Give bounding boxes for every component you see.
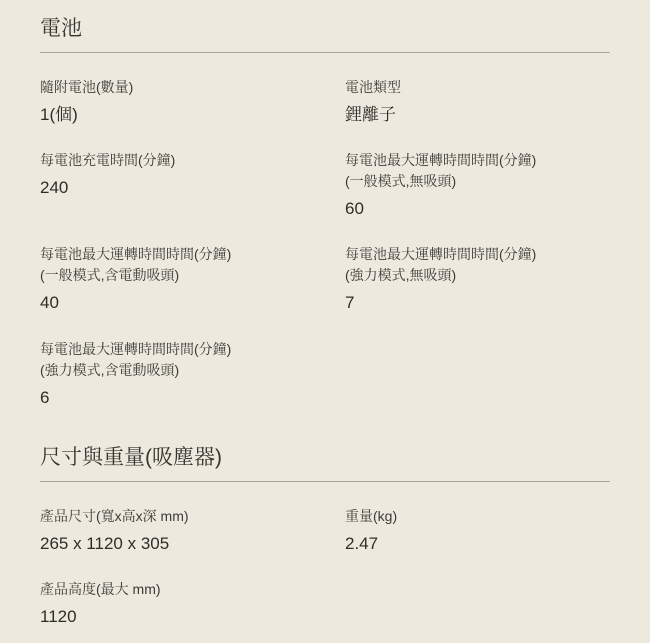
spec-item-product-dimensions: 產品尺寸(寬x高x深 mm) 265 x 1120 x 305: [40, 506, 345, 555]
spec-value: 1(個): [40, 104, 345, 126]
section-divider: [40, 481, 610, 482]
spec-label: 每電池充電時間(分鐘): [40, 150, 345, 171]
spec-label: 產品高度(最大 mm): [40, 579, 345, 600]
spec-label: 產品尺寸(寬x高x深 mm): [40, 506, 345, 527]
spec-value: 240: [40, 177, 345, 199]
spec-item-runtime-power-no-nozzle: 每電池最大運轉時間時間(分鐘) (強力模式,無吸頭) 7: [345, 244, 610, 314]
spec-item-batteries-included: 隨附電池(數量) 1(個): [40, 77, 345, 126]
product-spec-page: 電池 隨附電池(數量) 1(個) 電池類型 鋰離子 每電池充電時間(分鐘) 24…: [0, 0, 650, 628]
spec-value: 6: [40, 387, 345, 409]
spec-item-battery-type: 電池類型 鋰離子: [345, 77, 610, 126]
spec-item-runtime-normal-no-nozzle: 每電池最大運轉時間時間(分鐘) (一般模式,無吸頭) 60: [345, 150, 610, 220]
battery-spec-grid: 隨附電池(數量) 1(個) 電池類型 鋰離子 每電池充電時間(分鐘) 240 每…: [40, 77, 610, 408]
spec-label: 重量(kg): [345, 506, 610, 527]
spec-label: 每電池最大運轉時間時間(分鐘) (強力模式,無吸頭): [345, 244, 610, 286]
spec-value: 265 x 1120 x 305: [40, 533, 345, 555]
section-dimensions-weight: 尺寸與重量(吸塵器) 產品尺寸(寬x高x深 mm) 265 x 1120 x 3…: [40, 445, 610, 628]
spec-value: 40: [40, 292, 345, 314]
spec-value: 1120: [40, 606, 345, 628]
spec-value: 鋰離子: [345, 104, 610, 126]
spec-value: 7: [345, 292, 610, 314]
section-title-dimensions: 尺寸與重量(吸塵器): [40, 445, 610, 481]
section-divider: [40, 52, 610, 53]
spec-item-weight: 重量(kg) 2.47: [345, 506, 610, 555]
spec-item-charge-time: 每電池充電時間(分鐘) 240: [40, 150, 345, 199]
spec-item-runtime-power-motor-nozzle: 每電池最大運轉時間時間(分鐘) (強力模式,含電動吸頭) 6: [40, 339, 345, 409]
spec-label: 每電池最大運轉時間時間(分鐘) (強力模式,含電動吸頭): [40, 339, 345, 381]
spec-value: 60: [345, 198, 610, 220]
spec-label: 每電池最大運轉時間時間(分鐘) (一般模式,無吸頭): [345, 150, 610, 192]
spec-item-product-height: 產品高度(最大 mm) 1120: [40, 579, 345, 628]
spec-label: 每電池最大運轉時間時間(分鐘) (一般模式,含電動吸頭): [40, 244, 345, 286]
section-battery: 電池 隨附電池(數量) 1(個) 電池類型 鋰離子 每電池充電時間(分鐘) 24…: [40, 16, 610, 409]
spec-value: 2.47: [345, 533, 610, 555]
spec-label: 隨附電池(數量): [40, 77, 345, 98]
spec-item-runtime-normal-motor-nozzle: 每電池最大運轉時間時間(分鐘) (一般模式,含電動吸頭) 40: [40, 244, 345, 314]
section-title-battery: 電池: [40, 16, 610, 52]
dimensions-spec-grid: 產品尺寸(寬x高x深 mm) 265 x 1120 x 305 重量(kg) 2…: [40, 506, 610, 628]
spec-label: 電池類型: [345, 77, 610, 98]
